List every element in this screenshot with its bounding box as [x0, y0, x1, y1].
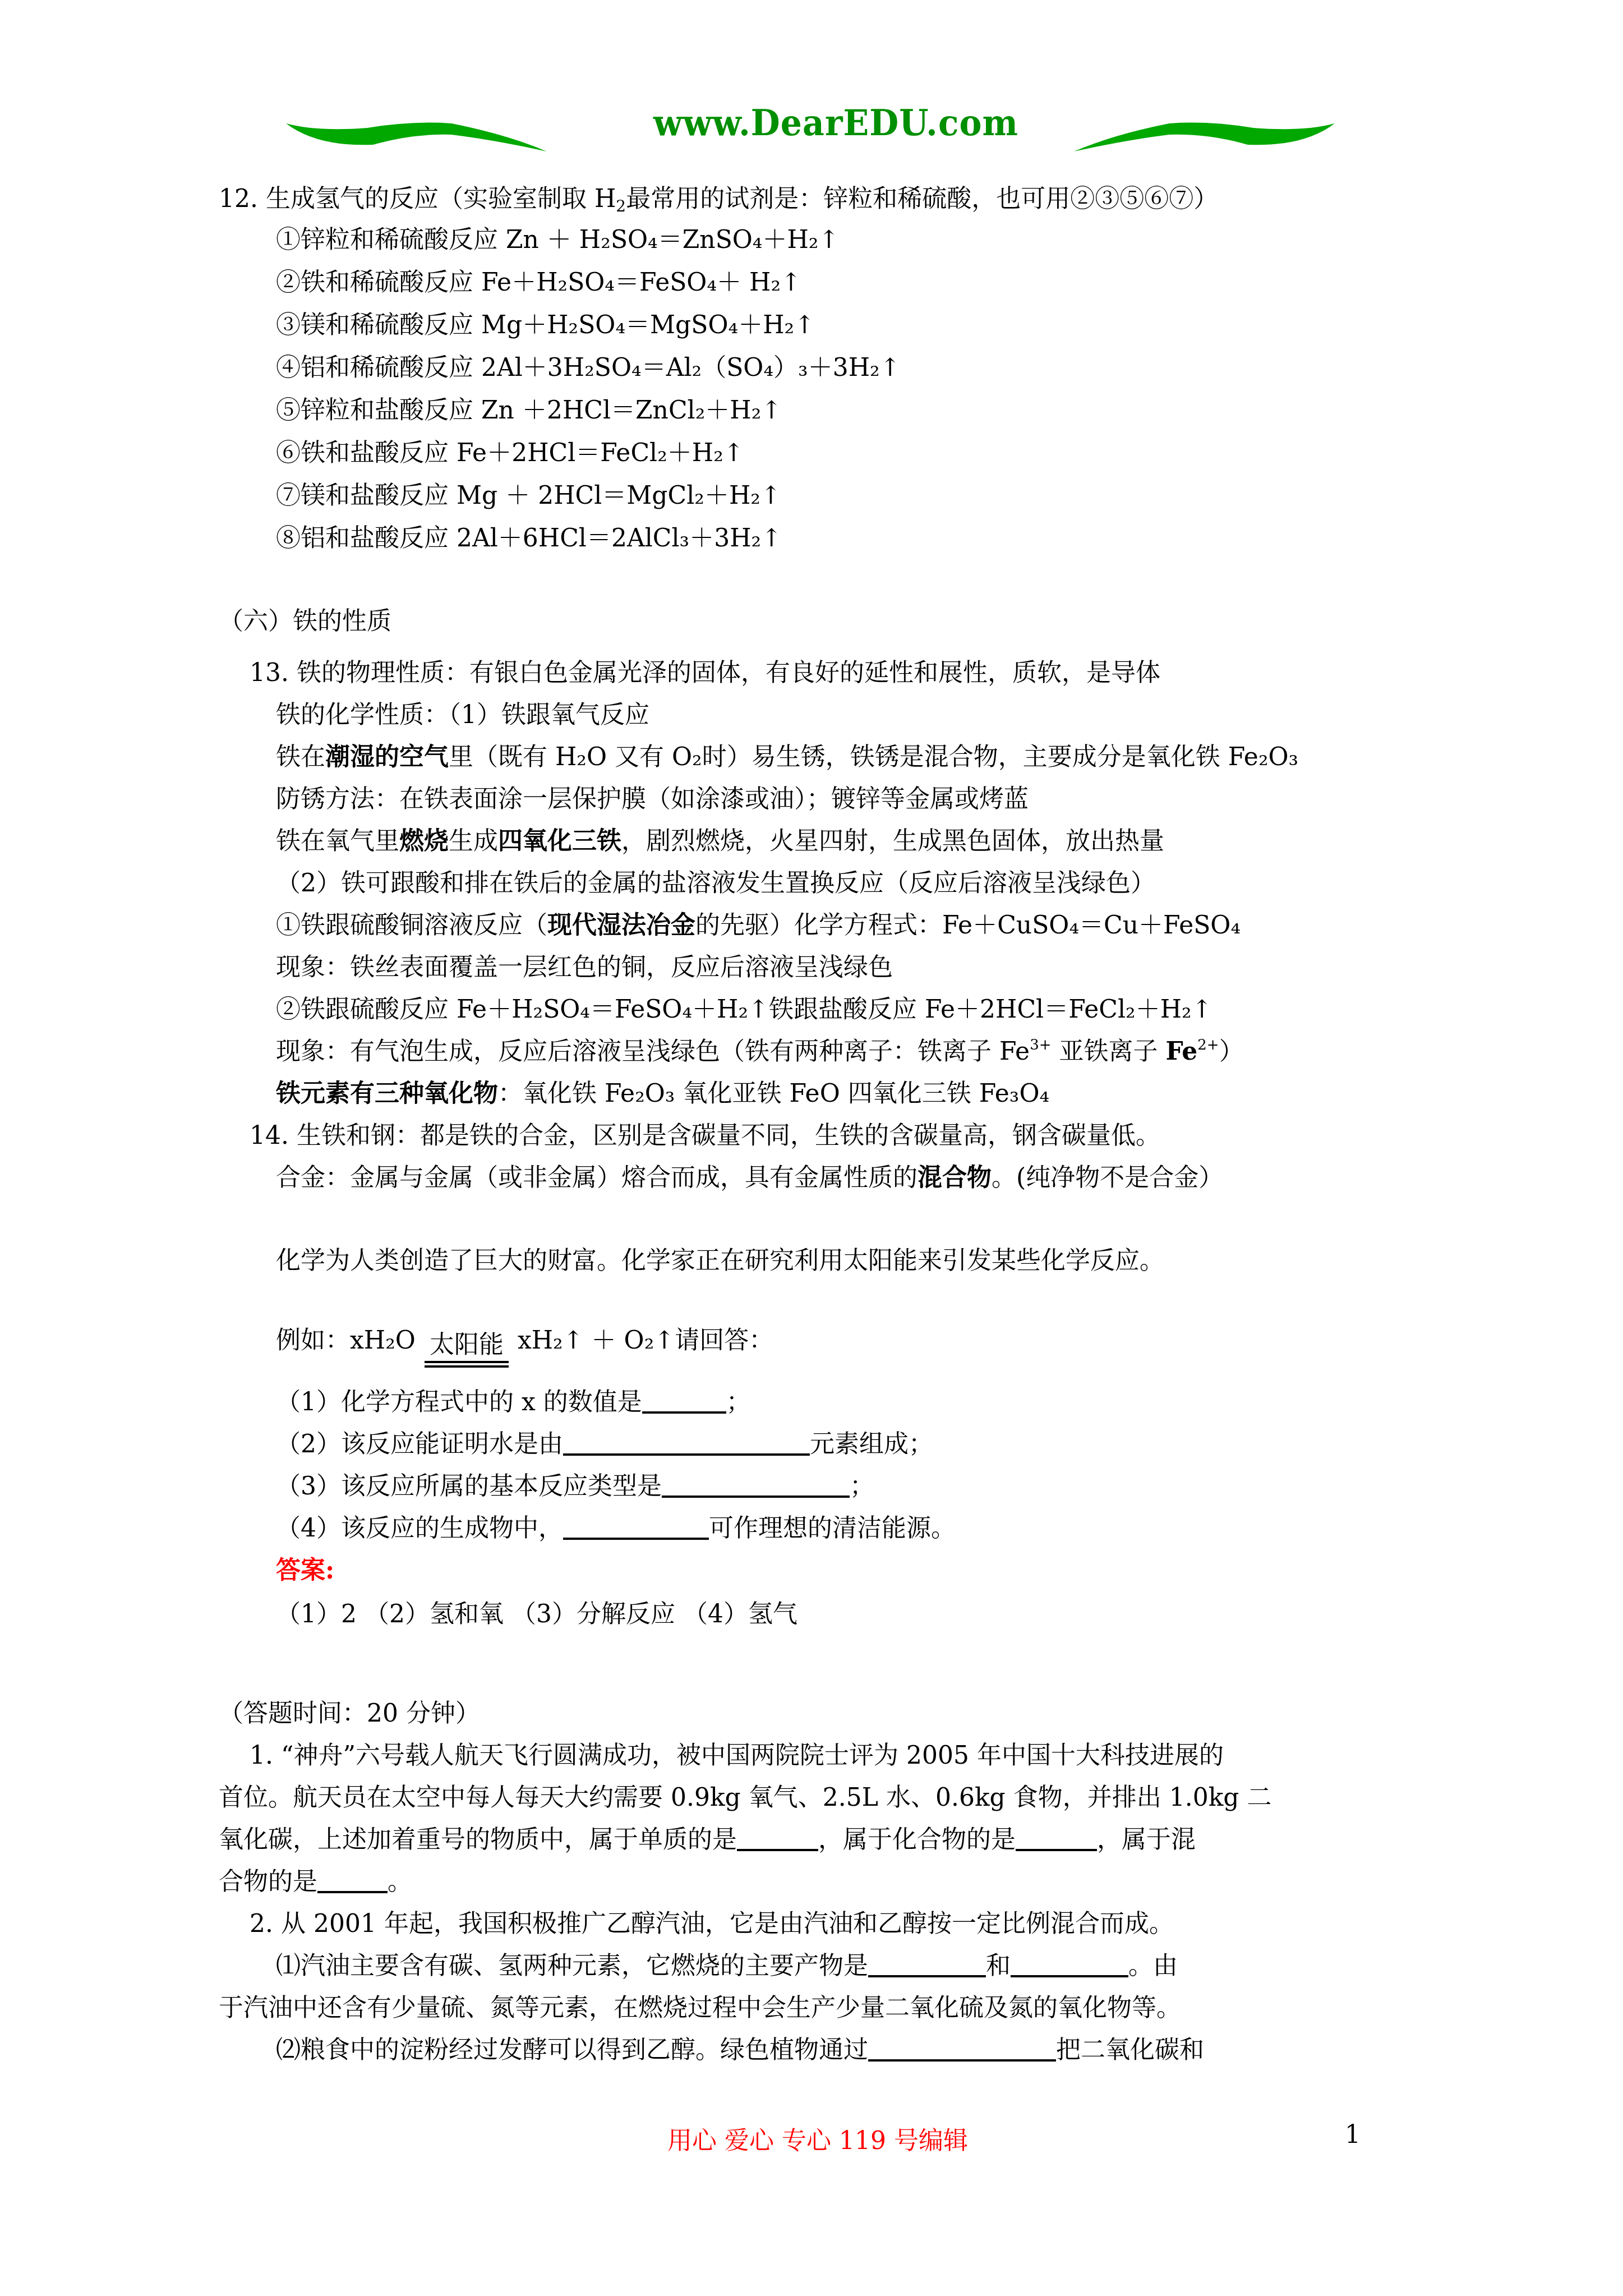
reaction-5: ⑤锌粒和盐酸反应 Zn ＋2HCl＝ZnCl₂＋H₂↑: [276, 394, 782, 427]
reaction-1: ①锌粒和稀硫酸反应 Zn ＋ H₂SO₄＝ZnSO₄＋H₂↑: [276, 223, 839, 257]
chemical-properties-intro: 铁的化学性质：（1）铁跟氧气反应: [276, 698, 649, 732]
question-1: （1）化学方程式中的 x 的数值是；: [276, 1386, 751, 1419]
section-12-title: 12. 生成氢气的反应（实验室制取 H2最常用的试剂是：锌粒和稀硫酸，也可用②③…: [219, 182, 1218, 216]
answer-blank[interactable]: [1016, 1826, 1097, 1851]
reaction-2: ②铁和稀硫酸反应 Fe＋H₂SO₄＝FeSO₄＋ H₂↑: [276, 266, 801, 300]
answer-blank[interactable]: [737, 1826, 818, 1851]
alloy-definition: 合金：金属与金属（或非金属）熔合而成，具有金属性质的混合物。(纯净物不是合金）: [276, 1161, 1223, 1195]
answer-blank[interactable]: [642, 1389, 726, 1414]
solar-intro: 化学为人类创造了巨大的财富。化学家正在研究利用太阳能来引发某些化学反应。: [276, 1244, 1164, 1278]
displacement-intro: （2）铁可跟酸和排在铁后的金属的盐溶液发生置换反应（反应后溶液呈浅绿色）: [276, 867, 1155, 900]
reaction-6: ⑥铁和盐酸反应 Fe＋2HCl＝FeCl₂＋H₂↑: [276, 436, 744, 470]
exercise-q1-line3: 氧化碳，上述加着重号的物质中，属于单质的是，属于化合物的是，属于混: [219, 1823, 1196, 1857]
answer-blank[interactable]: [662, 1473, 850, 1498]
answer-blank[interactable]: [868, 2037, 1056, 2062]
exercise-q1-line1: 1. “神舟”六号载人航天飞行圆满成功，被中国两院院士评为 2005 年中国十大…: [250, 1739, 1224, 1773]
page-number: 1: [1345, 2120, 1361, 2149]
acid-reactions: ②铁跟硫酸反应 Fe＋H₂SO₄＝FeSO₄＋H₂↑铁跟盐酸反应 Fe＋2HCl…: [276, 993, 1212, 1027]
burn-line: 铁在氧气里燃烧生成四氧化三铁，剧烈燃烧，火星四射，生成黑色固体，放出热量: [276, 825, 1164, 858]
solar-equation: 例如：xH₂O太阳能xH₂↑ ＋ O₂↑请回答：: [276, 1324, 773, 1368]
exercise-q2-line1: 2. 从 2001 年起，我国积极推广乙醇汽油，它是由汽油和乙醇按一定比例混合而…: [250, 1907, 1174, 1941]
footer-editor-note: 用心 爱心 专心 119 号编辑: [667, 2120, 968, 2156]
reaction-condition: 太阳能: [425, 1333, 509, 1368]
banner-url: www.DearEDU.com: [653, 100, 967, 147]
reaction-7: ⑦镁和盐酸反应 Mg ＋ 2HCl＝MgCl₂＋H₂↑: [276, 479, 781, 513]
item-14: 14. 生铁和钢：都是铁的合金，区别是含碳量不同，生铁的含碳量高，钢含碳量低。: [250, 1119, 1160, 1153]
reaction-3: ③镁和稀硫酸反应 Mg＋H₂SO₄＝MgSO₄＋H₂↑: [276, 309, 815, 342]
reaction-8: ⑧铝和盐酸反应 2Al＋6HCl＝2AlCl₃＋3H₂↑: [276, 522, 782, 555]
exercise-q2-sub1-line2: 于汽油中还含有少量硫、氮等元素，在燃烧过程中会生产少量二氧化硫及氮的氧化物等。: [219, 1991, 1181, 2025]
item-13-physical: 13. 铁的物理性质：有银白色金属光泽的固体，有良好的延性和展性，质软，是导体: [250, 656, 1160, 690]
answer-blank[interactable]: [563, 1431, 810, 1456]
exercise-q1-line4: 合物的是。: [219, 1865, 412, 1899]
exercise-q2-sub1: ⑴汽油主要含有碳、氢两种元素，它燃烧的主要产物是和。由: [276, 1949, 1178, 1983]
answer-blank[interactable]: [1011, 1953, 1128, 1977]
rust-line: 铁在潮湿的空气里（既有 H₂O 又有 O₂时）易生锈，铁锈是混合物，主要成分是氧…: [276, 740, 1298, 774]
cuso4-phenomenon: 现象：铁丝表面覆盖一层红色的铜，反应后溶液呈浅绿色: [276, 951, 893, 984]
section-6-heading: （六）铁的性质: [219, 605, 391, 638]
reaction-4: ④铝和稀硫酸反应 2Al＋3H₂SO₄＝Al₂（SO₄）₃＋3H₂↑: [276, 351, 901, 385]
exercise-time: （答题时间：20 分钟）: [219, 1697, 480, 1731]
answer-label: 答案:: [276, 1554, 334, 1588]
acid-phenomenon: 现象：有气泡生成，反应后溶液呈浅绿色（铁有两种离子：铁离子 Fe3+ 亚铁离子 …: [276, 1035, 1244, 1069]
exercise-q2-sub2: ⑵粮食中的淀粉经过发酵可以得到乙醇。绿色植物通过把二氧化碳和: [276, 2033, 1204, 2067]
question-3: （3）该反应所属的基本反应类型是；: [276, 1470, 874, 1503]
iron-oxides: 铁元素有三种氧化物：氧化铁 Fe₂O₃ 氧化亚铁 FeO 四氧化三铁 Fe₃O₄: [276, 1077, 1049, 1111]
answer-blank[interactable]: [868, 1953, 986, 1977]
exercise-q1-line2: 首位。航天员在太空中每人每天大约需要 0.9kg 氧气、2.5L 水、0.6kg…: [219, 1781, 1272, 1815]
rust-prevention: 防锈方法：在铁表面涂一层保护膜（如涂漆或油）；镀锌等金属或烤蓝: [276, 783, 1029, 816]
site-banner: www.DearEDU.com: [283, 101, 1338, 157]
question-2: （2）该反应能证明水是由元素组成；: [276, 1428, 933, 1461]
cuso4-reaction: ①铁跟硫酸铜溶液反应（现代湿法冶金的先驱）化学方程式：Fe＋CuSO₄＝Cu＋F…: [276, 909, 1241, 942]
answer-blank[interactable]: [563, 1515, 709, 1540]
question-4: （4）该反应的生成物中，可作理想的清洁能源。: [276, 1512, 956, 1545]
answers: （1）2 （2）氢和氧 （3）分解反应 （4）氢气: [276, 1598, 797, 1631]
answer-blank[interactable]: [317, 1869, 388, 1893]
